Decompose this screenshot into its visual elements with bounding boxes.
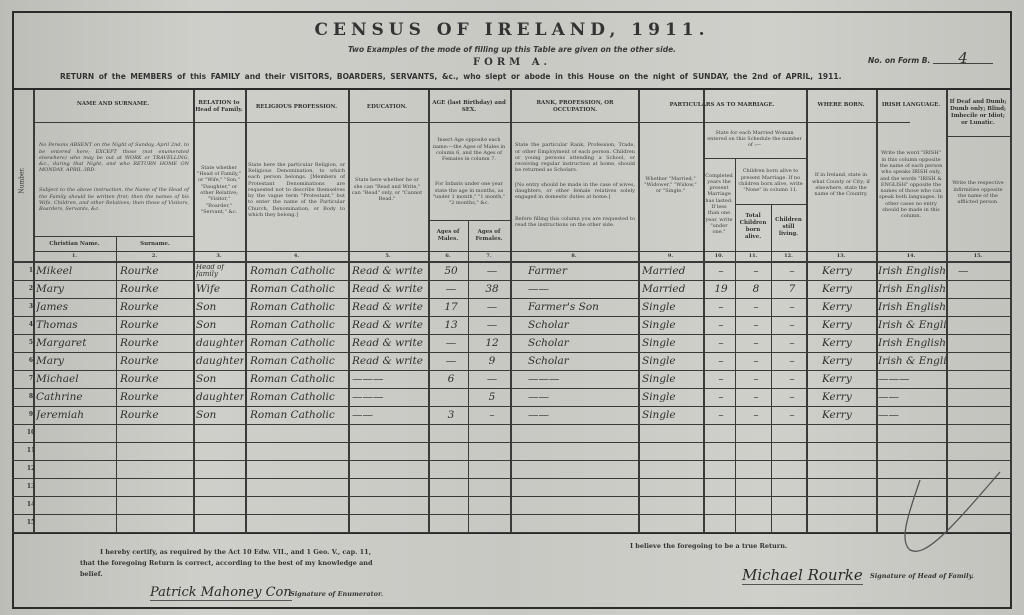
head-of-family-signature-label: Signature of Head of Family. bbox=[870, 571, 974, 582]
column-number: 14. bbox=[876, 252, 946, 261]
grid-line bbox=[12, 370, 1010, 371]
grid-line bbox=[12, 316, 1010, 317]
children-living-cell: – bbox=[780, 318, 804, 333]
age-note-infants: For Infants under one year state the age… bbox=[428, 172, 510, 216]
total-children-cell: – bbox=[742, 336, 770, 351]
column-number: 10. bbox=[703, 252, 735, 261]
grid-line bbox=[12, 514, 1010, 515]
age-female-cell: 5 bbox=[476, 390, 508, 405]
occupation-cell: Scholar bbox=[528, 336, 636, 351]
name-note-order: Subject to the above instruction, the Na… bbox=[36, 180, 192, 220]
children-living-cell: – bbox=[780, 390, 804, 405]
marriage-status-cell: Single bbox=[642, 336, 702, 351]
number-column-header: Number. bbox=[12, 120, 32, 240]
christian-name-cell: Cathrine bbox=[36, 390, 116, 405]
surname-cell: Rourke bbox=[120, 282, 192, 297]
infirmity-cell bbox=[958, 318, 1008, 333]
occupation-cell: Scholar bbox=[528, 354, 636, 369]
column-number: 8. bbox=[510, 252, 638, 261]
column-number: 5. bbox=[348, 252, 428, 261]
surname-cell: Rourke bbox=[120, 372, 192, 387]
relation-cell: daughter bbox=[196, 390, 244, 405]
christian-name-cell: Mary bbox=[36, 282, 116, 297]
age-male-cell: 50 bbox=[436, 264, 466, 279]
education-cell: Read & write bbox=[352, 282, 426, 297]
children-born-note: Children born alive to present Marriage.… bbox=[735, 158, 806, 204]
married-women-note: State for each Married Woman entered on … bbox=[703, 120, 806, 158]
where-born-note: If in Ireland, state in what County or C… bbox=[806, 120, 876, 250]
total-children-cell: – bbox=[742, 390, 770, 405]
infirmity-note: Write the respective infirmities opposit… bbox=[946, 136, 1010, 250]
birthplace-cell: Kerry bbox=[822, 282, 874, 297]
education-cell: Read & write bbox=[352, 336, 426, 351]
document-title: CENSUS OF IRELAND, 1911. bbox=[0, 20, 1024, 40]
relation-cell: Son bbox=[196, 300, 244, 315]
form-b-number-field: No. on Form B. 4 bbox=[868, 53, 993, 65]
education-cell: Read & write bbox=[352, 264, 426, 279]
certification-text: I hereby certify, as required by the Act… bbox=[80, 547, 460, 580]
years-married-cell: – bbox=[708, 264, 734, 279]
occupation-cell: Farmer bbox=[528, 264, 636, 279]
religion-cell: Roman Catholic bbox=[250, 372, 346, 387]
grid-line bbox=[12, 442, 1010, 443]
irish-language-cell: Irish English bbox=[878, 336, 946, 351]
grid-line bbox=[12, 388, 1010, 389]
marriage-status-cell: Single bbox=[642, 318, 702, 333]
infirmity-cell bbox=[958, 354, 1008, 369]
enumerator-signature-label: Signature of Enumerator. bbox=[290, 589, 383, 600]
birthplace-cell: Kerry bbox=[822, 372, 874, 387]
grid-line bbox=[12, 496, 1010, 497]
form-b-number: 4 bbox=[933, 53, 993, 64]
total-children-cell: – bbox=[742, 408, 770, 423]
grid-line bbox=[12, 406, 1010, 407]
irish-language-header: IRISH LANGUAGE. bbox=[876, 92, 946, 118]
grid-line bbox=[12, 478, 1010, 479]
row-number: 12 bbox=[24, 465, 38, 472]
name-header: NAME AND SURNAME. bbox=[33, 88, 193, 120]
marriage-status-cell: Single bbox=[642, 300, 702, 315]
birthplace-cell: Kerry bbox=[822, 336, 874, 351]
occupation-note-domestic: [No entry should be made in the case of … bbox=[512, 176, 638, 206]
relation-cell: daughter bbox=[196, 336, 244, 351]
education-cell: Read & write bbox=[352, 300, 426, 315]
years-married-cell: – bbox=[708, 318, 734, 333]
grid-line bbox=[12, 280, 1010, 281]
occupation-cell: ——— bbox=[528, 372, 636, 387]
name-note-absent: No Persons ABSENT on the Night of Sunday… bbox=[36, 140, 192, 176]
column-number: 13. bbox=[806, 252, 876, 261]
education-header: EDUCATION. bbox=[348, 92, 426, 122]
children-living-cell: – bbox=[780, 354, 804, 369]
years-married-cell: – bbox=[708, 300, 734, 315]
form-b-label: No. on Form B. bbox=[868, 56, 930, 65]
total-children-cell: – bbox=[742, 318, 770, 333]
birthplace-cell: Kerry bbox=[822, 354, 874, 369]
relation-cell: Wife bbox=[196, 282, 244, 297]
infirmity-cell bbox=[958, 282, 1008, 297]
age-note-columns: Insert Age opposite each name:—the Ages … bbox=[428, 128, 510, 172]
occupation-cell: —— bbox=[528, 390, 636, 405]
age-females-header: Ages of Females. bbox=[468, 220, 510, 252]
christian-name-cell: Thomas bbox=[36, 318, 116, 333]
column-number: 7. bbox=[468, 252, 510, 261]
occupation-note-rank: State the particular Rank, Profession, T… bbox=[512, 140, 638, 176]
row-number: 15 bbox=[24, 519, 38, 526]
pen-check-mark bbox=[880, 450, 1020, 560]
grid-line bbox=[468, 220, 469, 533]
census-form-page: CENSUS OF IRELAND, 1911. Two Examples of… bbox=[0, 0, 1024, 615]
occupation-cell: —— bbox=[528, 282, 636, 297]
grid-line bbox=[12, 261, 1010, 263]
surname-header: Surname. bbox=[116, 236, 194, 252]
religion-cell: Roman Catholic bbox=[250, 318, 346, 333]
infirmity-cell bbox=[958, 408, 1008, 423]
irish-language-cell: Irish English bbox=[878, 282, 946, 297]
column-number: 9. bbox=[638, 252, 703, 261]
age-male-cell: — bbox=[436, 336, 466, 351]
years-married-cell: – bbox=[708, 354, 734, 369]
age-female-cell: — bbox=[476, 372, 508, 387]
marriage-header: PARTICULARS AS TO MARRIAGE. bbox=[638, 92, 806, 118]
religion-cell: Roman Catholic bbox=[250, 282, 346, 297]
relation-header: RELATION to Head of Family. bbox=[193, 92, 245, 122]
irish-language-cell: —— bbox=[878, 408, 946, 423]
education-cell: —— bbox=[352, 408, 426, 423]
birthplace-cell: Kerry bbox=[822, 300, 874, 315]
christian-name-cell: Margaret bbox=[36, 336, 116, 351]
irish-language-note: Write the word "IRISH" in this column op… bbox=[876, 120, 946, 250]
total-children-cell: – bbox=[742, 354, 770, 369]
christian-name-cell: Michael bbox=[36, 372, 116, 387]
age-female-cell: 9 bbox=[476, 354, 508, 369]
occupation-cell: —— bbox=[528, 408, 636, 423]
age-male-cell: 3 bbox=[436, 408, 466, 423]
irish-language-cell: Irish & English bbox=[878, 354, 946, 369]
age-male-cell bbox=[436, 390, 466, 405]
column-number: 1. bbox=[33, 252, 116, 261]
irish-language-cell: ——— bbox=[878, 372, 946, 387]
surname-cell: Rourke bbox=[120, 318, 192, 333]
education-cell: ——— bbox=[352, 390, 426, 405]
total-children-header: Total Children born alive. bbox=[735, 204, 771, 250]
surname-cell: Rourke bbox=[120, 390, 192, 405]
occupation-note-instructions: Before filling this column you are reque… bbox=[512, 210, 638, 234]
where-born-header: WHERE BORN. bbox=[806, 92, 876, 118]
enumerator-signature: Patrick Mahoney Con bbox=[150, 585, 292, 601]
years-married-cell: – bbox=[708, 390, 734, 405]
surname-cell: Rourke bbox=[120, 336, 192, 351]
row-number: 14 bbox=[24, 501, 38, 508]
religion-cell: Roman Catholic bbox=[250, 390, 346, 405]
children-living-cell: – bbox=[780, 336, 804, 351]
total-children-cell: 8 bbox=[742, 282, 770, 297]
relation-cell: Son bbox=[196, 318, 244, 333]
grid-line bbox=[12, 352, 1010, 353]
marriage-status-cell: Married bbox=[642, 282, 702, 297]
children-living-cell: 7 bbox=[780, 282, 804, 297]
age-header: AGE (last Birthday) and SEX. bbox=[428, 92, 510, 122]
education-cell: Read & write bbox=[352, 354, 426, 369]
marriage-status-cell: Single bbox=[642, 408, 702, 423]
grid-line bbox=[12, 334, 1010, 335]
children-living-cell: – bbox=[780, 264, 804, 279]
christian-name-cell: Mikeel bbox=[36, 264, 116, 279]
age-male-cell: 13 bbox=[436, 318, 466, 333]
years-married-cell: – bbox=[708, 336, 734, 351]
years-married-cell: 19 bbox=[708, 282, 734, 297]
surname-cell: Rourke bbox=[120, 300, 192, 315]
occupation-cell: Farmer's Son bbox=[528, 300, 636, 315]
age-female-cell: – bbox=[476, 408, 508, 423]
infirmity-cell bbox=[958, 372, 1008, 387]
age-female-cell: — bbox=[476, 300, 508, 315]
irish-language-cell: Irish & English bbox=[878, 318, 946, 333]
relation-cell: Son bbox=[196, 372, 244, 387]
column-number: 12. bbox=[771, 252, 806, 261]
grid-line bbox=[12, 298, 1010, 299]
total-children-cell: – bbox=[742, 300, 770, 315]
religion-cell: Roman Catholic bbox=[250, 264, 346, 279]
relation-cell: daughter bbox=[196, 354, 244, 369]
infirmity-cell bbox=[958, 300, 1008, 315]
head-of-family-signature: Michael Rourke bbox=[742, 566, 863, 585]
marriage-status-cell: Single bbox=[642, 354, 702, 369]
row-number: 11 bbox=[24, 447, 38, 454]
surname-cell: Rourke bbox=[120, 408, 192, 423]
infirmity-cell bbox=[958, 336, 1008, 351]
years-married-cell: – bbox=[708, 408, 734, 423]
surname-cell: Rourke bbox=[120, 264, 192, 279]
grid-line bbox=[12, 460, 1010, 461]
age-female-cell: — bbox=[476, 318, 508, 333]
christian-name-cell: Jeremiah bbox=[36, 408, 116, 423]
birthplace-cell: Kerry bbox=[822, 390, 874, 405]
grid-line bbox=[12, 532, 1010, 533]
education-cell: Read & write bbox=[352, 318, 426, 333]
surname-cell: Rourke bbox=[120, 354, 192, 369]
christian-name-cell: Mary bbox=[36, 354, 116, 369]
birthplace-cell: Kerry bbox=[822, 264, 874, 279]
birthplace-cell: Kerry bbox=[822, 408, 874, 423]
children-living-cell: – bbox=[780, 300, 804, 315]
return-statement: RETURN of the MEMBERS of this FAMILY and… bbox=[60, 72, 960, 81]
occupation-cell: Scholar bbox=[528, 318, 636, 333]
age-female-cell: — bbox=[476, 264, 508, 279]
column-number: 2. bbox=[116, 252, 193, 261]
religion-cell: Roman Catholic bbox=[250, 336, 346, 351]
column-number: 4. bbox=[245, 252, 348, 261]
religion-cell: Roman Catholic bbox=[250, 300, 346, 315]
years-married-note: Completed years the present Marriage has… bbox=[703, 158, 735, 250]
row-number: 10 bbox=[24, 429, 38, 436]
marriage-status-note: Whether "Married," "Widower," "Widow," o… bbox=[638, 120, 703, 250]
marriage-status-cell: Married bbox=[642, 264, 702, 279]
relation-cell: Son bbox=[196, 408, 244, 423]
age-male-cell: 6 bbox=[436, 372, 466, 387]
irish-language-cell: Irish English bbox=[878, 264, 946, 279]
relation-note: State whether "Head of Family," or "Wife… bbox=[193, 140, 245, 240]
infirmity-header: If Deaf and Dumb; Dumb only; Blind; Imbe… bbox=[946, 90, 1010, 136]
christian-name-header: Christian Name. bbox=[33, 236, 116, 252]
birthplace-cell: Kerry bbox=[822, 318, 874, 333]
religion-note: State here the particular Religion, or R… bbox=[245, 140, 348, 240]
education-cell: ——— bbox=[352, 372, 426, 387]
children-living-cell: – bbox=[780, 372, 804, 387]
religion-cell: Roman Catholic bbox=[250, 354, 346, 369]
age-male-cell: 17 bbox=[436, 300, 466, 315]
infirmity-cell bbox=[958, 390, 1008, 405]
column-number: 3. bbox=[193, 252, 245, 261]
column-number: 11. bbox=[735, 252, 771, 261]
religion-header: RELIGIOUS PROFESSION. bbox=[245, 92, 348, 122]
occupation-header: RANK, PROFESSION, OR OCCUPATION. bbox=[512, 92, 638, 122]
total-children-cell: – bbox=[742, 372, 770, 387]
row-number: 13 bbox=[24, 483, 38, 490]
marriage-status-cell: Single bbox=[642, 372, 702, 387]
children-living-cell: – bbox=[780, 408, 804, 423]
children-living-header: Children still living. bbox=[771, 204, 806, 250]
column-number: 6. bbox=[428, 252, 468, 261]
christian-name-cell: James bbox=[36, 300, 116, 315]
irish-language-cell: Irish English bbox=[878, 300, 946, 315]
grid-line bbox=[12, 424, 1010, 425]
religion-cell: Roman Catholic bbox=[250, 408, 346, 423]
age-male-cell: — bbox=[436, 354, 466, 369]
relation-cell: Head of family bbox=[196, 264, 244, 279]
age-male-cell: — bbox=[436, 282, 466, 297]
total-children-cell: – bbox=[742, 264, 770, 279]
infirmity-cell: — bbox=[958, 264, 1008, 279]
column-number: 15. bbox=[946, 252, 1010, 261]
marriage-status-cell: Single bbox=[642, 390, 702, 405]
education-note: State here whether he or she can "Read a… bbox=[348, 140, 426, 240]
age-female-cell: 12 bbox=[476, 336, 508, 351]
age-males-header: Ages of Males. bbox=[428, 220, 468, 252]
irish-language-cell: —— bbox=[878, 390, 946, 405]
years-married-cell: – bbox=[708, 372, 734, 387]
age-female-cell: 38 bbox=[476, 282, 508, 297]
true-return-statement: I believe the foregoing to be a true Ret… bbox=[630, 541, 787, 552]
